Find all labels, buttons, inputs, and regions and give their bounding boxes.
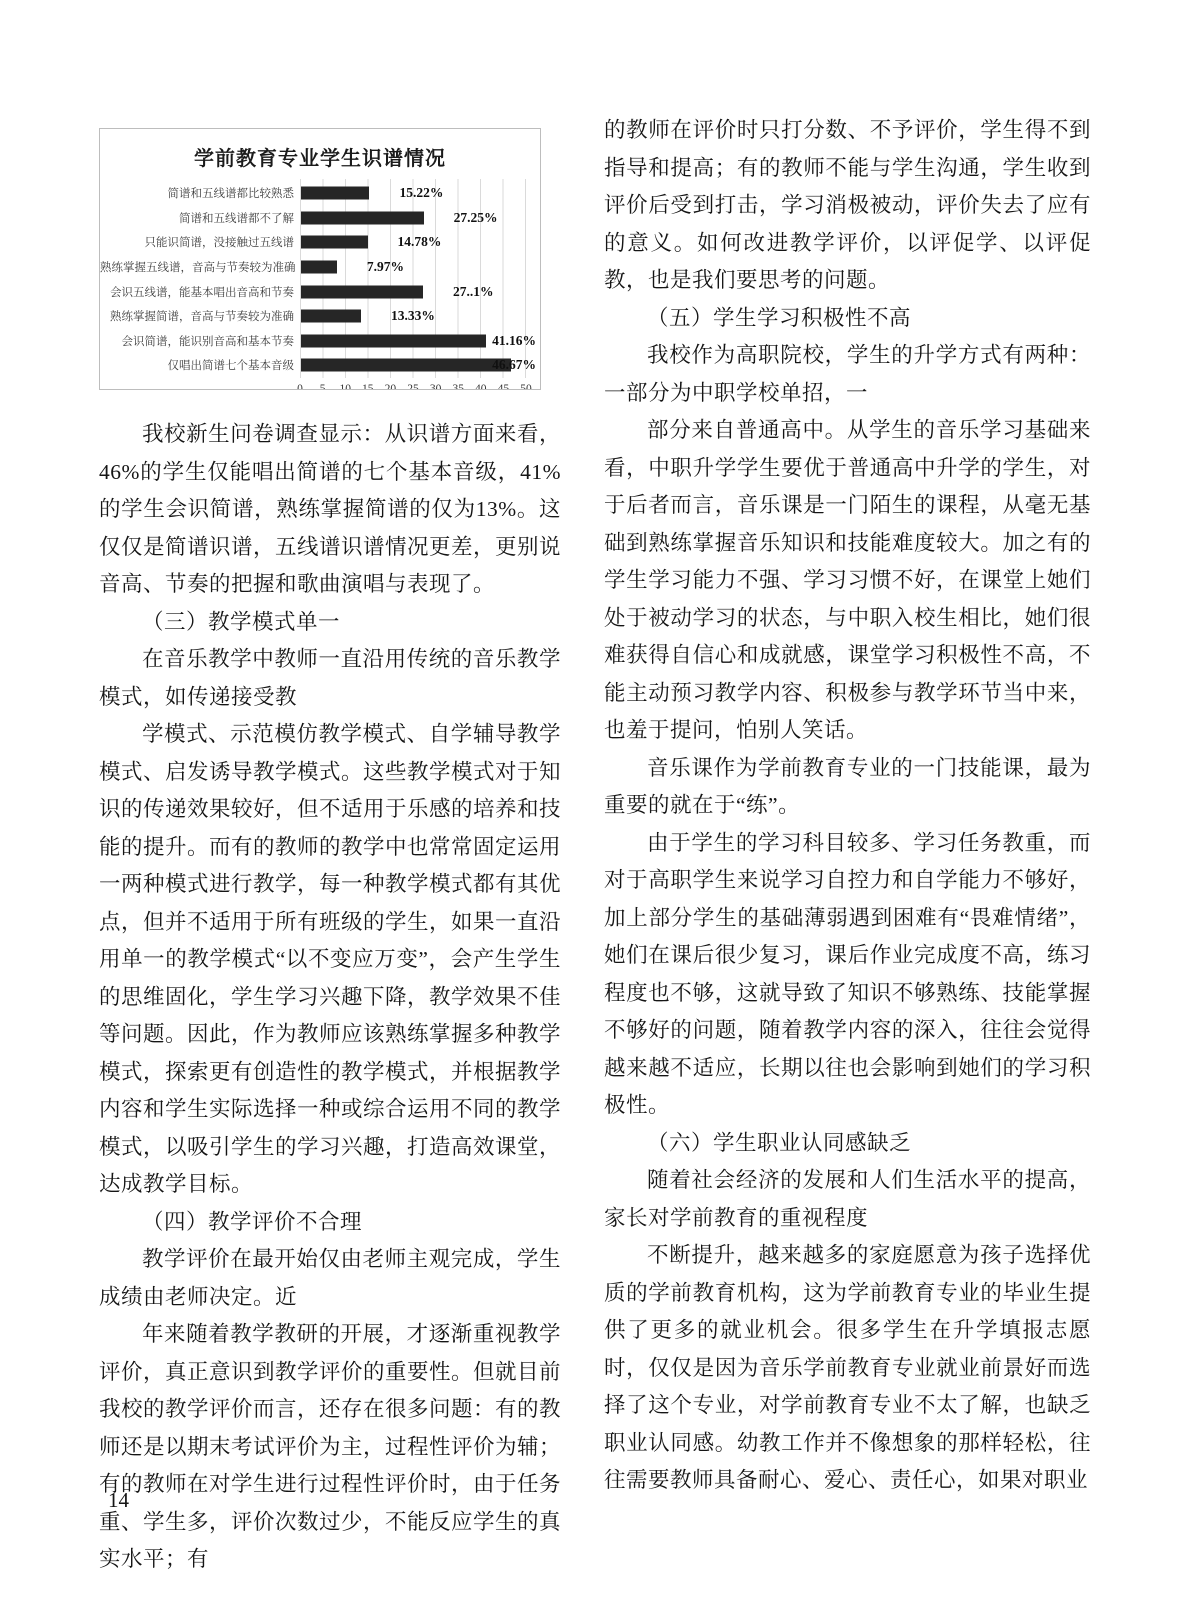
bar-track: 46.67%	[301, 353, 526, 378]
document-page: 学前教育专业学生识谱情况 简谱和五线谱都比较熟悉15.22%简谱和五线谱都不了解…	[0, 0, 1191, 1616]
chart-bar	[301, 359, 511, 372]
bar-value-label: 41.16%	[492, 333, 536, 349]
x-axis-tick: 30	[430, 383, 442, 390]
chart-row: 熟练掌握五线谱，音高与节奏较为准确7.97%	[100, 255, 532, 280]
paragraph: 不断提升，越来越多的家庭愿意为孩子选择优质的学前教育机构，这为学前教育专业的毕业…	[604, 1237, 1091, 1500]
category-label: 只能识简谱，没接触过五线谱	[100, 234, 301, 250]
x-axis-tick: 50	[520, 383, 532, 390]
paragraph: 学模式、示范模仿教学模式、自学辅导教学模式、启发诱导教学模式。这些教学模式对于知…	[99, 716, 561, 1204]
bar-track: 27..1%	[301, 279, 526, 304]
x-axis-tick: 45	[498, 383, 510, 390]
chart-bar	[301, 334, 486, 347]
bar-value-label: 14.78%	[398, 234, 442, 250]
left-column: 学前教育专业学生识谱情况 简谱和五线谱都比较熟悉15.22%简谱和五线谱都不了解…	[99, 128, 561, 1579]
chart-row: 会识简谱，能识别音高和基本节奏41.16%	[100, 329, 532, 354]
chart-x-axis: 05101520253035404550	[300, 381, 526, 390]
paragraph: 教学评价在最开始仅由老师主观完成，学生成绩由老师决定。近	[99, 1241, 561, 1316]
bar-track: 14.78%	[301, 230, 526, 255]
paragraph: 部分来自普通高中。从学生的音乐学习基础来看，中职升学学生要优于普通高中升学的学生…	[604, 412, 1091, 750]
x-axis-tick: 40	[475, 383, 487, 390]
score-reading-bar-chart: 学前教育专业学生识谱情况 简谱和五线谱都比较熟悉15.22%简谱和五线谱都不了解…	[99, 128, 541, 390]
paragraph: 我校新生问卷调查显示：从识谱方面来看，46%的学生仅能唱出简谱的七个基本音级，4…	[99, 416, 561, 604]
chart-row: 只能识简谱，没接触过五线谱14.78%	[100, 230, 532, 255]
paragraph: 的教师在评价时只打分数、不予评价，学生得不到指导和提高；有的教师不能与学生沟通，…	[604, 112, 1091, 300]
bar-value-label: 27.25%	[454, 210, 498, 226]
category-label: 会识五线谱，能基本唱出音高和节奏	[100, 284, 301, 300]
x-axis-tick: 15	[362, 383, 374, 390]
section-heading: （三）教学模式单一	[99, 604, 561, 642]
chart-row: 仅唱出简谱七个基本音级46.67%	[100, 353, 532, 378]
paragraph: 由于学生的学习科目较多、学习任务教重，而对于高职学生来说学习自控力和自学能力不够…	[604, 825, 1091, 1125]
left-column-text: 我校新生问卷调查显示：从识谱方面来看，46%的学生仅能唱出简谱的七个基本音级，4…	[99, 416, 561, 1579]
chart-bar	[301, 310, 361, 323]
bar-track: 15.22%	[301, 181, 526, 206]
category-label: 会识简谱，能识别音高和基本节奏	[100, 333, 301, 349]
chart-bar	[301, 261, 337, 274]
section-heading: （五）学生学习积极性不高	[604, 300, 1091, 338]
chart-rows: 简谱和五线谱都比较熟悉15.22%简谱和五线谱都不了解27.25%只能识简谱，没…	[100, 181, 532, 378]
chart-bar	[301, 211, 424, 224]
page-number: 14	[108, 1488, 129, 1513]
right-column-text: 的教师在评价时只打分数、不予评价，学生得不到指导和提高；有的教师不能与学生沟通，…	[604, 112, 1091, 1500]
x-axis-tick: 20	[385, 383, 397, 390]
category-label: 熟练掌握五线谱，音高与节奏较为准确	[100, 259, 301, 275]
bar-value-label: 27..1%	[453, 284, 494, 300]
x-axis-tick: 35	[452, 383, 464, 390]
paragraph: 我校作为高职院校，学生的升学方式有两种：一部分为中职学校单招，一	[604, 337, 1091, 412]
bar-value-label: 15.22%	[399, 185, 443, 201]
category-label: 熟练掌握简谱，音高与节奏较为准确	[100, 308, 301, 324]
bar-track: 13.33%	[301, 304, 526, 329]
bar-value-label: 46.67%	[492, 357, 536, 373]
chart-plot-area: 简谱和五线谱都比较熟悉15.22%简谱和五线谱都不了解27.25%只能识简谱，没…	[100, 181, 532, 378]
x-axis-tick: 10	[339, 383, 351, 390]
x-axis-tick: 5	[320, 383, 326, 390]
section-heading: （六）学生职业认同感缺乏	[604, 1125, 1091, 1163]
chart-title: 学前教育专业学生识谱情况	[100, 129, 540, 171]
bar-track: 27.25%	[301, 206, 526, 231]
paragraph: 音乐课作为学前教育专业的一门技能课，最为重要的就在于“练”。	[604, 750, 1091, 825]
bar-track: 41.16%	[301, 329, 526, 354]
chart-row: 熟练掌握简谱，音高与节奏较为准确13.33%	[100, 304, 532, 329]
bar-track: 7.97%	[301, 255, 526, 280]
chart-bar	[301, 187, 369, 200]
x-axis-tick: 25	[407, 383, 419, 390]
chart-bar	[301, 285, 423, 298]
chart-bar	[301, 236, 368, 249]
chart-row: 简谱和五线谱都比较熟悉15.22%	[100, 181, 532, 206]
paragraph: 随着社会经济的发展和人们生活水平的提高，家长对学前教育的重视程度	[604, 1162, 1091, 1237]
x-axis-tick: 0	[297, 383, 303, 390]
section-heading: （四）教学评价不合理	[99, 1204, 561, 1242]
right-column: 的教师在评价时只打分数、不予评价，学生得不到指导和提高；有的教师不能与学生沟通，…	[604, 112, 1091, 1500]
paragraph: 年来随着教学教研的开展，才逐渐重视教学评价，真正意识到教学评价的重要性。但就目前…	[99, 1316, 561, 1579]
chart-row: 简谱和五线谱都不了解27.25%	[100, 206, 532, 231]
category-label: 仅唱出简谱七个基本音级	[100, 357, 301, 373]
category-label: 简谱和五线谱都比较熟悉	[100, 185, 301, 201]
bar-value-label: 13.33%	[391, 308, 435, 324]
category-label: 简谱和五线谱都不了解	[100, 210, 301, 226]
paragraph: 在音乐教学中教师一直沿用传统的音乐教学模式，如传递接受教	[99, 641, 561, 716]
bar-value-label: 7.97%	[367, 259, 404, 275]
chart-row: 会识五线谱，能基本唱出音高和节奏27..1%	[100, 279, 532, 304]
